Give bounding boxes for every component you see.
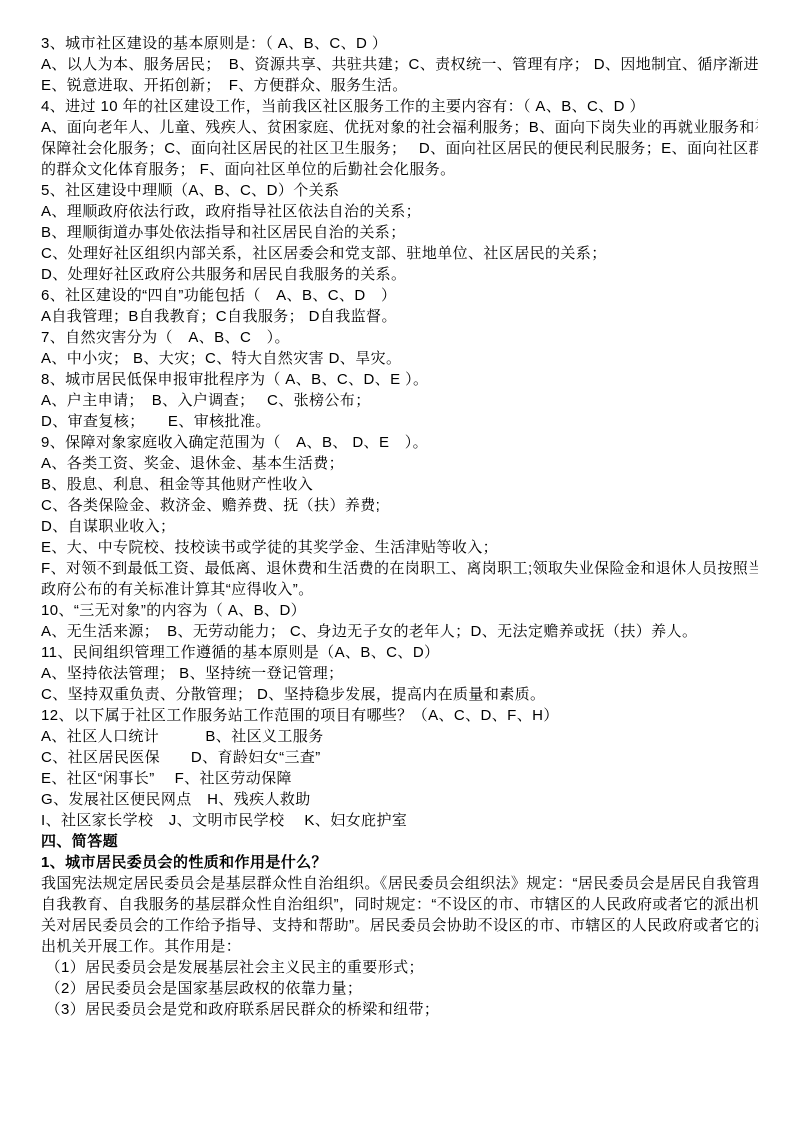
- document-line: A、坚持依法管理； B、坚持统一登记管理；: [41, 663, 758, 684]
- document-line: A自我管理；B自我教育；C自我服务； D自我监督。: [41, 306, 758, 327]
- document-body: 3、城市社区建设的基本原则是：（ A、B、C、D ）A、以人为本、服务居民； B…: [41, 33, 758, 1020]
- document-line: 12、以下属于社区工作服务站工作范围的项目有哪些？（A、C、D、F、H）: [41, 705, 758, 726]
- document-line: B、股息、利息、租金等其他财产性收入: [41, 474, 758, 495]
- document-line: C、处理好社区组织内部关系，社区居委会和党支部、驻地单位、社区居民的关系；: [41, 243, 758, 264]
- document-line: 关对居民委员会的工作给予指导、支持和帮助”。居民委员会协助不设区的市、市辖区的人…: [41, 915, 758, 936]
- document-line: C、坚持双重负责、分散管理； D、坚持稳步发展，提高内在质量和素质。: [41, 684, 758, 705]
- document-line: D、处理好社区政府公共服务和居民自我服务的关系。: [41, 264, 758, 285]
- document-line: C、各类保险金、救济金、赡养费、抚（扶）养费;: [41, 495, 758, 516]
- document-line: 7、自然灾害分为（ A、B、C ）。: [41, 327, 758, 348]
- section-heading: 四、简答题: [41, 831, 758, 852]
- document-line: 3、城市社区建设的基本原则是：（ A、B、C、D ）: [41, 33, 758, 54]
- document-line: A、各类工资、奖金、退休金、基本生活费；: [41, 453, 758, 474]
- document-line: A、中小灾； B、大灾；C、特大自然灾害 D、旱灾。: [41, 348, 758, 369]
- document-line: E、社区“闲事长” F、社区劳动保障: [41, 768, 758, 789]
- document-line: 我国宪法规定居民委员会是基层群众性自治组织。《居民委员会组织法》规定：“居民委员…: [41, 873, 758, 894]
- document-line: 出机关开展工作。其作用是：: [41, 936, 758, 957]
- document-line: 自我教育、自我服务的基层群众性自治组织”，同时规定：“不设区的市、市辖区的人民政…: [41, 894, 758, 915]
- document-line: 4、进过 10 年的社区建设工作，当前我区社区服务工作的主要内容有：（ A、B、…: [41, 96, 758, 117]
- document-line: 的群众文化体育服务； F、面向社区单位的后勤社会化服务。: [41, 159, 758, 180]
- document-line: A、以人为本、服务居民； B、资源共享、共驻共建；C、责权统一、管理有序； D、…: [41, 54, 758, 75]
- document-line: A、无生活来源； B、无劳动能力； C、身边无子女的老年人；D、无法定赡养或抚（…: [41, 621, 758, 642]
- document-line: A、社区人口统计 B、社区义工服务: [41, 726, 758, 747]
- document-line: A、面向老年人、儿童、残疾人、贫困家庭、优抚对象的社会福利服务；B、面向下岗失业…: [41, 117, 758, 138]
- document-line: （1）居民委员会是发展基层社会主义民主的重要形式；: [41, 957, 758, 978]
- document-line: 9、保障对象家庭收入确定范围为（ A、B、 D、E ）。: [41, 432, 758, 453]
- document-line: 政府公布的有关标准计算其“应得收入”。: [41, 579, 758, 600]
- document-line: A、户主申请； B、入户调查； C、张榜公布；: [41, 390, 758, 411]
- document-line: D、自谋职业收入；: [41, 516, 758, 537]
- document-line: D、审查复核； E、审核批准。: [41, 411, 758, 432]
- document-line: 10、“三无对象”的内容为（ A、B、D）: [41, 600, 758, 621]
- document-line: 11、民间组织管理工作遵循的基本原则是（A、B、C、D）: [41, 642, 758, 663]
- document-line: I、社区家长学校 J、文明市民学校 K、妇女庇护室: [41, 810, 758, 831]
- document-page: 3、城市社区建设的基本原则是：（ A、B、C、D ）A、以人为本、服务居民； B…: [0, 0, 794, 1123]
- document-line: E、大、中专院校、技校读书或学徒的其奖学金、生活津贴等收入；: [41, 537, 758, 558]
- document-line: E、锐意进取、开拓创新； F、方便群众、服务生活。: [41, 75, 758, 96]
- document-line: 保障社会化服务；C、面向社区居民的社区卫生服务； D、面向社区居民的便民利民服务…: [41, 138, 758, 159]
- document-line: F、对领不到最低工资、最低离、退休费和生活费的在岗职工、离岗职工;领取失业保险金…: [41, 558, 758, 579]
- document-line: （3）居民委员会是党和政府联系居民群众的桥梁和纽带；: [41, 999, 758, 1020]
- document-line: B、理顺街道办事处依法指导和社区居民自治的关系；: [41, 222, 758, 243]
- section-heading: 1、城市居民委员会的性质和作用是什么？: [41, 852, 758, 873]
- document-line: C、社区居民医保 D、育龄妇女“三查”: [41, 747, 758, 768]
- document-line: 5、社区建设中理顺（A、B、C、D）个关系: [41, 180, 758, 201]
- document-line: A、理顺政府依法行政，政府指导社区依法自治的关系；: [41, 201, 758, 222]
- document-line: （2）居民委员会是国家基层政权的依靠力量；: [41, 978, 758, 999]
- document-line: 8、城市居民低保申报审批程序为（ A、B、C、D、E ）。: [41, 369, 758, 390]
- document-line: 6、社区建设的“四自”功能包括（ A、B、C、D ）: [41, 285, 758, 306]
- document-line: G、发展社区便民网点 H、残疾人救助: [41, 789, 758, 810]
